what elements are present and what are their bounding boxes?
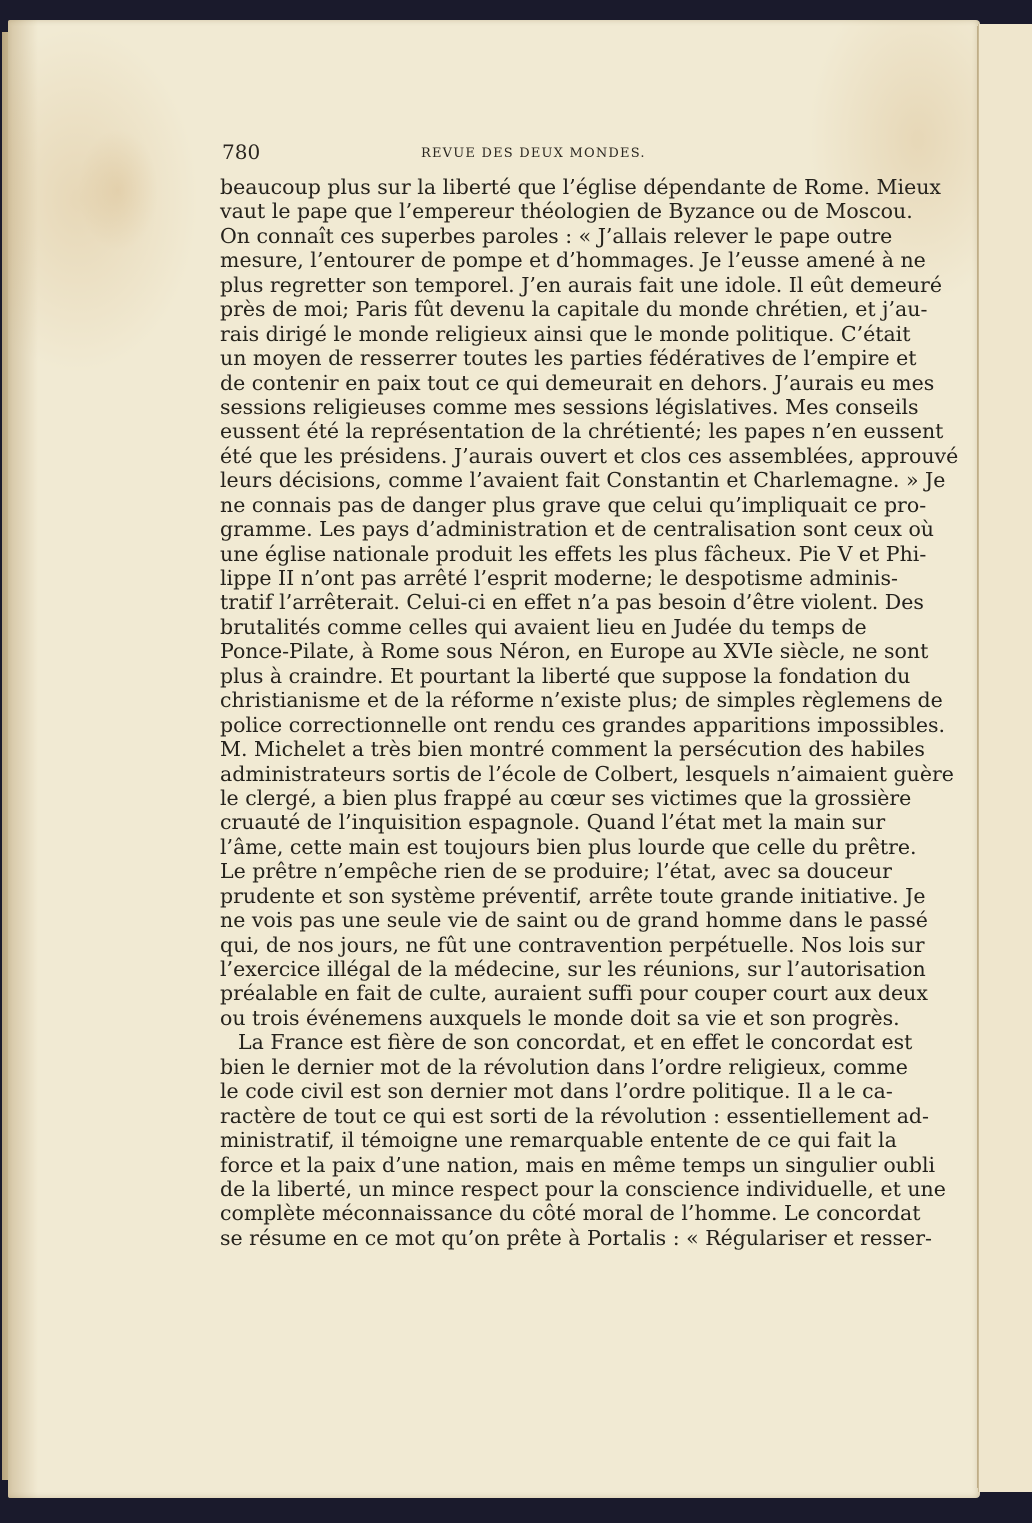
text-line: l’exercice illégal de la médecine, sur l…: [220, 957, 846, 981]
text-line: prudente et son système préventif, arrêt…: [220, 884, 846, 908]
text-line: brutalités comme celles qui avaient lieu…: [220, 615, 846, 639]
text-line: qui, de nos jours, ne fût une contravent…: [220, 933, 846, 957]
text-line: leurs décisions, comme l’avaient fait Co…: [220, 468, 846, 492]
text-line: Ponce-Pilate, à Rome sous Néron, en Euro…: [220, 639, 846, 663]
text-line: M. Michelet a très bien montré comment l…: [220, 737, 846, 761]
text-line: Le prêtre n’empêche rien de se produire;…: [220, 859, 846, 883]
text-line: une église nationale produit les effets …: [220, 542, 846, 566]
facing-page-edge: [978, 24, 1032, 1492]
text-line: mesure, l’entourer de pompe et d’hommage…: [220, 248, 846, 272]
text-line: vaut le pape que l’empereur théologien d…: [220, 199, 846, 223]
text-line: bien le dernier mot de la révolution dan…: [220, 1055, 846, 1079]
text-line: tratif l’arrêterait. Celui-ci en effet n…: [220, 590, 846, 614]
text-line: préalable en fait de culte, auraient suf…: [220, 981, 846, 1005]
text-line: ministratif, il témoigne une remarquable…: [220, 1128, 846, 1152]
page-number: 780: [222, 140, 260, 164]
text-line: ne connais pas de danger plus grave que …: [220, 493, 846, 517]
text-line: ractère de tout ce qui est sorti de la r…: [220, 1104, 846, 1128]
text-line: complète méconnaissance du côté moral de…: [220, 1201, 846, 1225]
text-line: ou trois événemens auxquels le monde doi…: [220, 1006, 846, 1030]
text-line: près de moi; Paris fût devenu la capital…: [220, 297, 846, 321]
text-line: lippe II n’ont pas arrêté l’esprit moder…: [220, 566, 846, 590]
text-line: police correctionnelle ont rendu ces gra…: [220, 713, 846, 737]
text-line: eussent été la représentation de la chré…: [220, 419, 846, 443]
running-head: REVUE DES DEUX MONDES.: [421, 146, 646, 161]
text-line: de contenir en paix tout ce qui demeurai…: [220, 371, 846, 395]
text-line: un moyen de resserrer toutes les parties…: [220, 346, 846, 370]
text-line: le clergé, a bien plus frappé au cœur se…: [220, 786, 846, 810]
page-header: 780 REVUE DES DEUX MONDES.: [222, 140, 842, 166]
text-line: beaucoup plus sur la liberté que l’églis…: [220, 175, 846, 199]
text-line: été que les présidens. J’aurais ouvert e…: [220, 444, 846, 468]
text-line: cruauté de l’inquisition espagnole. Quan…: [220, 810, 846, 834]
text-line: de la liberté, un mince respect pour la …: [220, 1177, 846, 1201]
text-line: sessions religieuses comme mes sessions …: [220, 395, 846, 419]
text-line: plus regretter son temporel. J’en aurais…: [220, 273, 846, 297]
text-line: administrateurs sortis de l’école de Col…: [220, 762, 846, 786]
body-text: beaucoup plus sur la liberté que l’églis…: [220, 175, 846, 1250]
text-line: gramme. Les pays d’administration et de …: [220, 517, 846, 541]
text-line: force et la paix d’une nation, mais en m…: [220, 1153, 846, 1177]
text-line: l’âme, cette main est toujours bien plus…: [220, 835, 846, 859]
text-line: le code civil est son dernier mot dans l…: [220, 1079, 846, 1103]
text-line: christianisme et de la réforme n’existe …: [220, 688, 846, 712]
text-line: se résume en ce mot qu’on prête à Portal…: [220, 1226, 846, 1250]
text-line: rais dirigé le monde religieux ainsi que…: [220, 322, 846, 346]
text-line: La France est fière de son concordat, et…: [220, 1030, 846, 1054]
text-line: ne vois pas une seule vie de saint ou de…: [220, 908, 846, 932]
text-line: On connaît ces superbes paroles : « J’al…: [220, 224, 846, 248]
text-line: plus à craindre. Et pourtant la liberté …: [220, 664, 846, 688]
